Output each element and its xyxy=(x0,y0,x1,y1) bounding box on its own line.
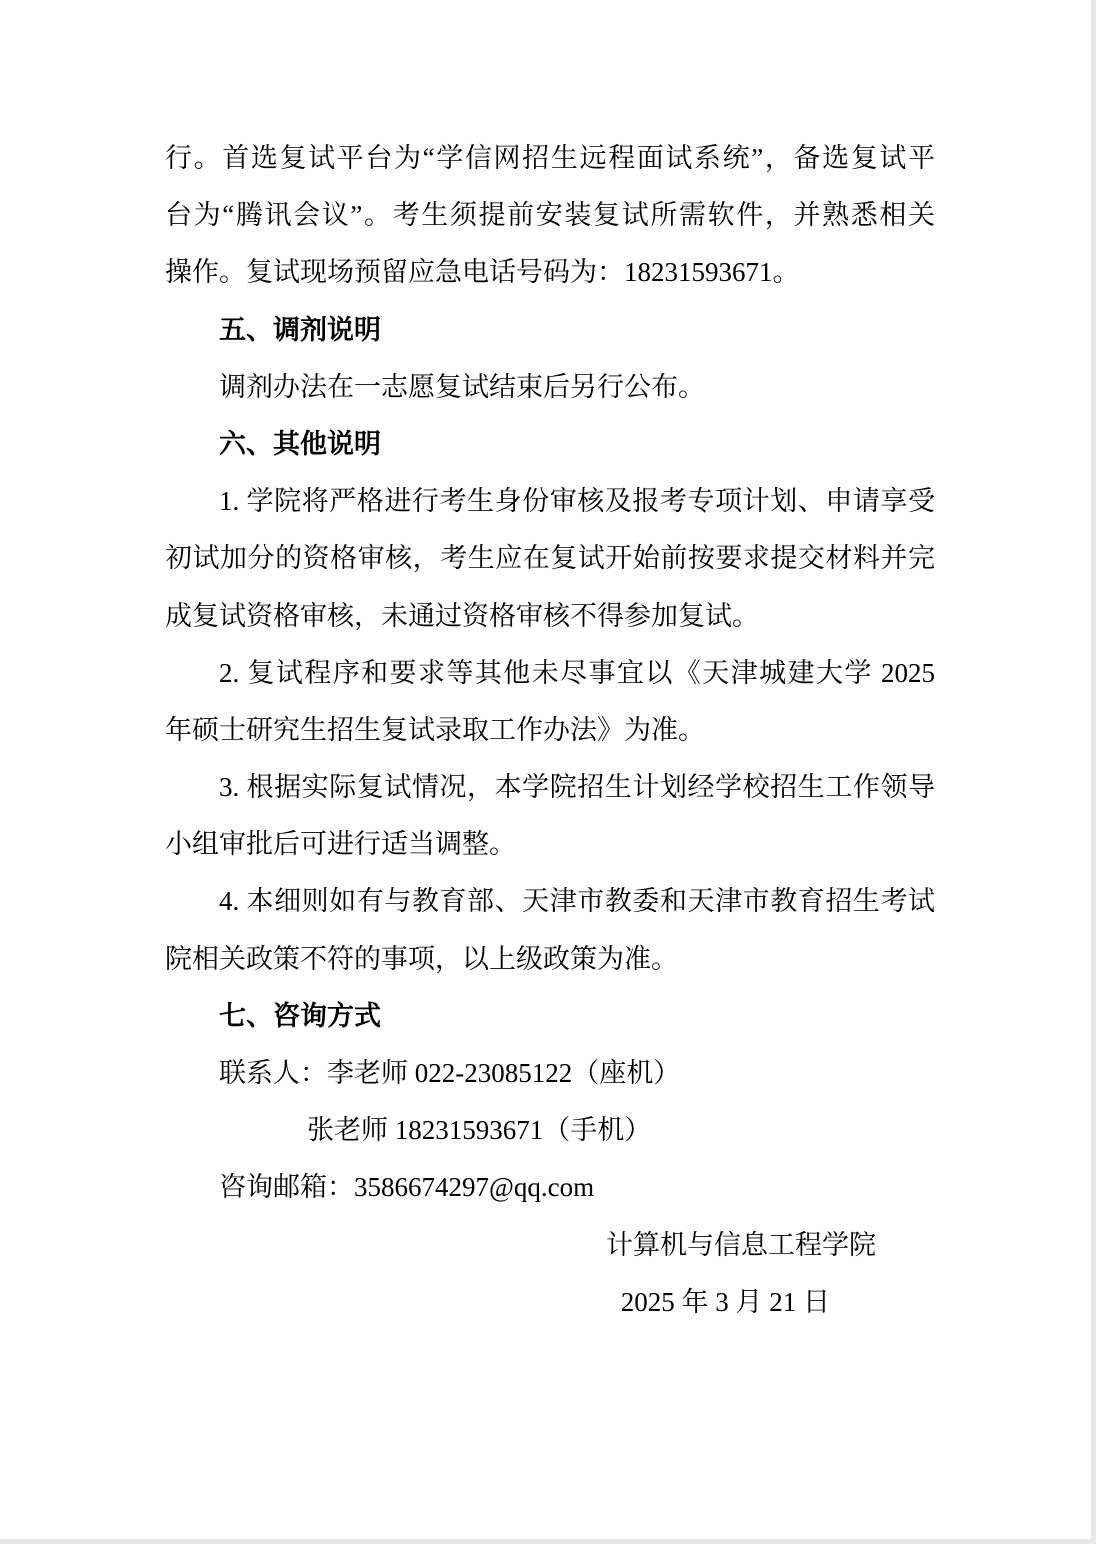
contact-email: 咨询邮箱：3586674297@qq.com xyxy=(165,1159,935,1216)
heading-section-6-qita: 六、其他说明 xyxy=(165,416,935,473)
para-item-3-line-1: 3. 根据实际复试情况，本学院招生计划经学校招生工作领导 xyxy=(165,759,935,816)
para-item-1-line-2: 初试加分的资格审核，考生应在复试开始前按要求提交材料并完 xyxy=(165,530,935,587)
heading-section-7-zixun: 七、咨询方式 xyxy=(165,988,935,1045)
para-platform-line-1: 行。首选复试平台为“学信网招生远程面试系统”，备选复试平 xyxy=(165,130,935,187)
heading-section-5-tiaoji: 五、调剂说明 xyxy=(165,302,935,359)
para-item-4-line-2: 院相关政策不符的事项，以上级政策为准。 xyxy=(165,931,935,988)
para-item-3-line-2: 小组审批后可进行适当调整。 xyxy=(165,816,935,873)
signature-department: 计算机与信息工程学院 xyxy=(165,1217,935,1274)
document-page: 行。首选复试平台为“学信网招生远程面试系统”，备选复试平 台为“腾讯会议”。考生… xyxy=(0,0,1096,1544)
document-content: 行。首选复试平台为“学信网招生远程面试系统”，备选复试平 台为“腾讯会议”。考生… xyxy=(165,130,935,1331)
contact-phone-mobile: 张老师 18231593671（手机） xyxy=(165,1102,935,1159)
page-bottom-edge xyxy=(0,1539,1096,1544)
para-platform-line-2: 台为“腾讯会议”。考生须提前安装复试所需软件，并熟悉相关 xyxy=(165,187,935,244)
para-platform-line-3: 操作。复试现场预留应急电话号码为：18231593671。 xyxy=(165,244,935,301)
para-item-1-line-1: 1. 学院将严格进行考生身份审核及报考专项计划、申请享受 xyxy=(165,473,935,530)
para-item-1-line-3: 成复试资格审核，未通过资格审核不得参加复试。 xyxy=(165,588,935,645)
para-item-2-line-2: 年硕士研究生招生复试录取工作办法》为准。 xyxy=(165,702,935,759)
page-right-edge xyxy=(1091,0,1096,1544)
contact-phone-landline: 联系人：李老师 022-23085122（座机） xyxy=(165,1045,935,1102)
para-tiaoji-line-1: 调剂办法在一志愿复试结束后另行公布。 xyxy=(165,359,935,416)
para-item-4-line-1: 4. 本细则如有与教育部、天津市教委和天津市教育招生考试 xyxy=(165,873,935,930)
signature-date: 2025 年 3 月 21 日 xyxy=(165,1274,935,1331)
para-item-2-line-1: 2. 复试程序和要求等其他未尽事宜以《天津城建大学 2025 xyxy=(165,645,935,702)
